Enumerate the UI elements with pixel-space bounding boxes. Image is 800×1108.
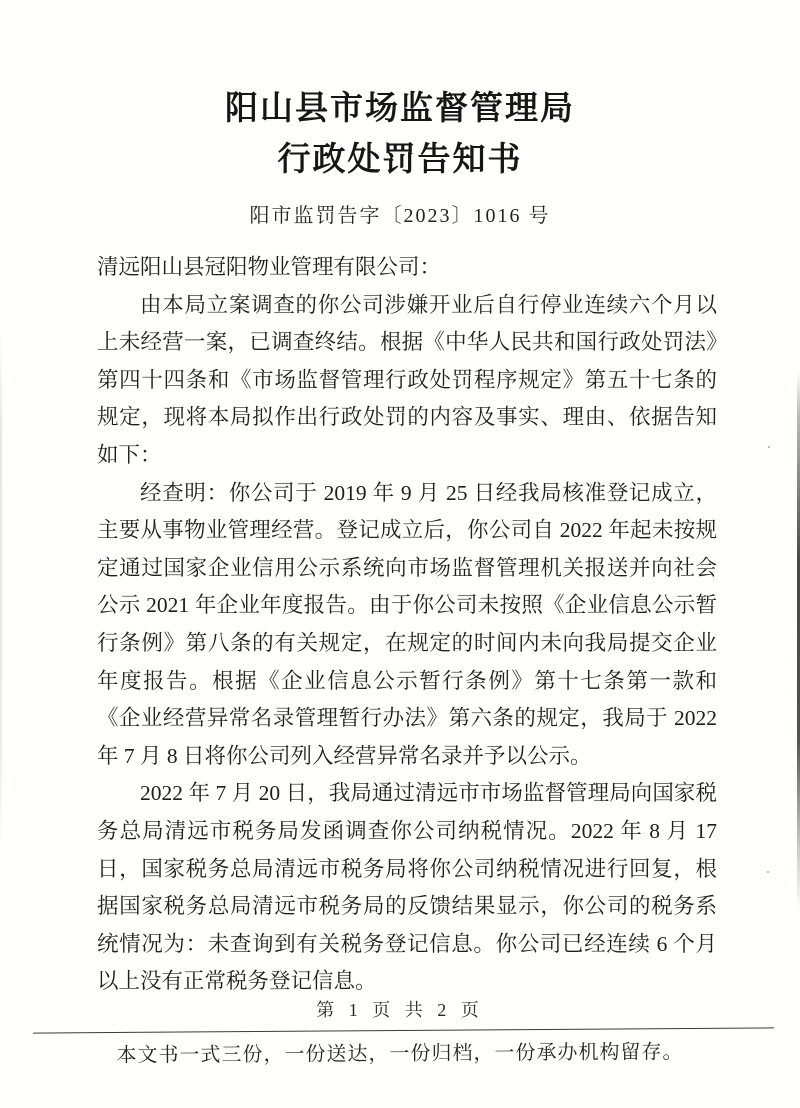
footer-divider-line bbox=[33, 1027, 774, 1033]
document-title-line2: 行政处罚告知书 bbox=[0, 135, 800, 186]
body-paragraph-1: 由本局立案调查的你公司涉嫌开业后自行停业连续六个月以上未经营一案，已调查终结。根… bbox=[97, 287, 717, 475]
scan-speck bbox=[373, 215, 376, 217]
document-title: 阳山县市场监督管理局 行政处罚告知书 bbox=[0, 84, 800, 186]
page-number-indicator: 第 1 页 共 2 页 bbox=[0, 996, 800, 1022]
body-paragraph-3: 2022 年 7 月 20 日，我局通过清远市市场监督管理局向国家税务总局清远市… bbox=[97, 775, 717, 1001]
recipient-salutation: 清远阳山县冠阳物业管理有限公司： bbox=[97, 249, 717, 287]
scan-speck bbox=[768, 446, 770, 448]
distribution-note: 本文书一式三份，一份送达，一份归档，一份承办机构留存。 bbox=[0, 1035, 800, 1069]
scan-artifact-left-edge bbox=[0, 330, 2, 850]
body-paragraph-2: 经查明：你公司于 2019 年 9 月 25 日经我局核准登记成立，主要从事物业… bbox=[97, 475, 717, 776]
document-title-line1: 阳山县市场监督管理局 bbox=[0, 84, 800, 135]
document-body: 清远阳山县冠阳物业管理有限公司： 由本局立案调查的你公司涉嫌开业后自行停业连续六… bbox=[97, 249, 717, 1001]
document-header: 阳山县市场监督管理局 行政处罚告知书 阳市监罚告字〔2023〕1016 号 bbox=[0, 84, 800, 228]
document-number: 阳市监罚告字〔2023〕1016 号 bbox=[0, 199, 800, 228]
scan-speck bbox=[767, 871, 769, 873]
document-page: 阳山县市场监督管理局 行政处罚告知书 阳市监罚告字〔2023〕1016 号 清远… bbox=[0, 0, 800, 1108]
